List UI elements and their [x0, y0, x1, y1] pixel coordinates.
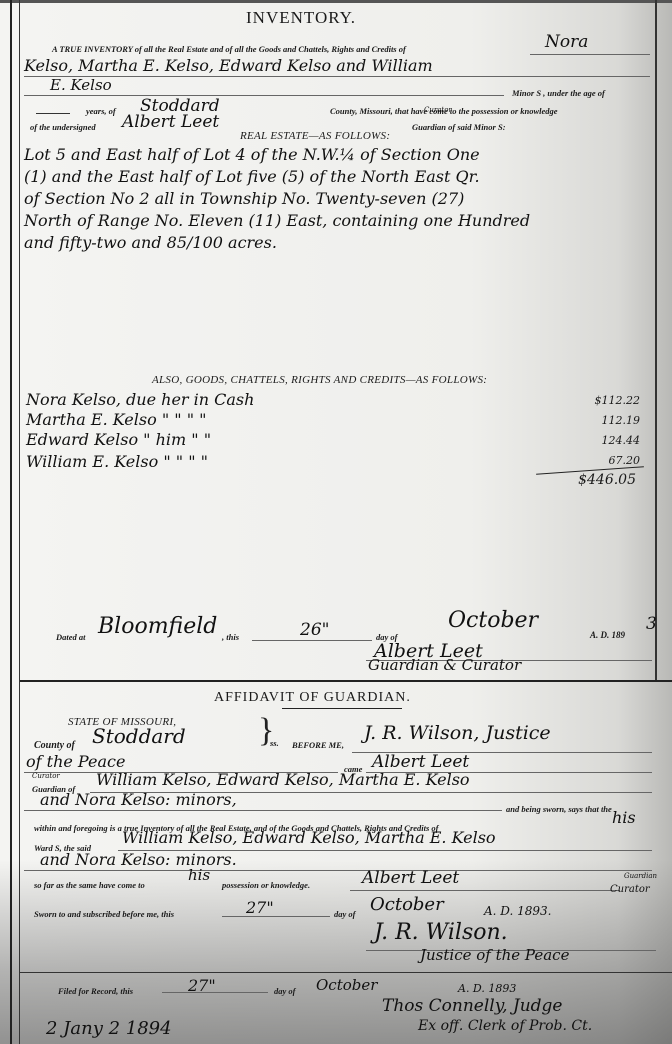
fill-line [24, 95, 504, 96]
inventory-intro: A TRUE INVENTORY of all the Real Estate … [52, 44, 406, 54]
real-estate-line: and fifty-two and 85/100 acres. [24, 233, 277, 252]
so-far-value: his [188, 866, 210, 884]
curator-note: Curator [424, 106, 452, 114]
sworn-label: Sworn to and subscribed before me, this [34, 909, 174, 919]
possession-label: possession or knowledge. [222, 880, 310, 890]
clerk-title: Ex off. Clerk of Prob. Ct. [418, 1018, 592, 1034]
minors-names: Kelso, Martha E. Kelso, Edward Kelso and… [24, 56, 433, 75]
left-border-inner [19, 0, 20, 1044]
affidavit-signature: Albert Leet [362, 868, 459, 888]
real-estate-line: Lot 5 and East half of Lot 4 of the N.W.… [24, 145, 480, 164]
bottom-note: 2 Jany 2 1894 [46, 1018, 172, 1039]
guardian-of-value: William Kelso, Edward Kelso, Martha E. K… [96, 770, 470, 789]
ad-year-digit: 3 [646, 614, 657, 634]
real-estate-line: North of Range No. Eleven (11) East, con… [24, 211, 530, 230]
goods-item-name: William E. Kelso " " " " [26, 452, 208, 471]
goods-item-amount: 67.20 [570, 454, 640, 467]
affidavit-county: Stoddard [92, 724, 186, 748]
right-border [655, 0, 657, 680]
real-estate-line: of Section No 2 all in Township No. Twen… [24, 189, 464, 208]
title-underline [282, 708, 402, 709]
years-label: years, of [86, 106, 116, 116]
real-estate-line: (1) and the East half of Lot five (5) of… [24, 167, 480, 186]
ss-label: ss. [270, 738, 279, 748]
fill-line [530, 54, 650, 55]
minors-line: and Nora Kelso: minors, [40, 790, 237, 809]
goods-heading: ALSO, GOODS, CHATTELS, RIGHTS AND CREDIT… [152, 374, 487, 386]
signature-line [350, 890, 620, 891]
dated-month: October [448, 608, 538, 633]
minor-name-nora: Nora [545, 32, 588, 52]
sworn-day: 27" [246, 898, 274, 917]
goods-item-amount: 112.19 [570, 414, 640, 427]
sworn-month: October [370, 894, 444, 915]
this-label: , this [222, 632, 239, 642]
goods-item-amount: 124.44 [570, 434, 640, 447]
filed-ad: A. D. 1893 [458, 982, 516, 995]
goods-item-name: Nora Kelso, due her in Cash [26, 390, 254, 409]
guardian-name: Albert Leet [122, 112, 219, 132]
clerk-signature: Thos Connelly, Judge [382, 996, 562, 1016]
real-estate-heading: REAL ESTATE—AS FOLLOWS: [240, 130, 390, 142]
justice-title: Justice of the Peace [420, 946, 569, 964]
top-rule [0, 0, 672, 3]
county-label: County of [34, 740, 75, 751]
fill-line [24, 76, 650, 77]
signature-title: Guardian & Curator [368, 656, 521, 674]
undersigned-label: of the undersigned [30, 122, 96, 132]
within-value: his [612, 808, 636, 827]
inventory-title: INVENTORY. [246, 8, 356, 28]
goods-item-amount: $112.22 [570, 394, 640, 407]
fill-line [222, 916, 330, 917]
years-blank [36, 113, 70, 114]
fill-line [24, 810, 502, 811]
fill-line [252, 640, 372, 641]
section-divider [20, 680, 672, 682]
curator-note: Curator [32, 772, 60, 780]
dated-day: 26" [300, 620, 329, 640]
left-border [10, 0, 12, 1044]
goods-total: $446.05 [566, 472, 636, 488]
signature-role-2: Curator [610, 884, 650, 895]
ad-label: A. D. 189 [590, 630, 625, 640]
minors-names-cont: E. Kelso [50, 76, 112, 94]
justice-title-line: of the Peace [26, 752, 125, 771]
filed-label: Filed for Record, this [58, 986, 133, 996]
affidavit-title: AFFIDAVIT OF GUARDIAN. [214, 690, 411, 706]
goods-item-name: Martha E. Kelso " " " " [26, 410, 207, 429]
sworn-day-of-label: day of [334, 909, 355, 919]
filed-month: October [316, 976, 377, 994]
filing-divider [20, 972, 672, 973]
sworn-ad: A. D. 1893. [484, 904, 551, 918]
dated-label: Dated at [56, 632, 86, 642]
signature-role: Guardian [624, 872, 657, 880]
before-me-value: J. R. Wilson, Justice [364, 722, 551, 744]
minors-label: Minor S , under the age of [512, 88, 605, 98]
guardian-label: Guardian of said Minor S: [412, 122, 506, 132]
wards-value: William Kelso, Edward Kelso, Martha E. K… [122, 828, 496, 847]
sworn-says-label: and being sworn, says that the [506, 804, 612, 814]
filed-day-of-label: day of [274, 986, 295, 996]
before-me-label: BEFORE ME, [292, 740, 344, 750]
dated-place: Bloomfield [98, 614, 217, 639]
so-far-label: so far as the same have come to [34, 880, 145, 890]
goods-item-name: Edward Kelso " him " " [26, 430, 211, 449]
filed-day: 27" [188, 976, 216, 995]
fill-line [24, 870, 652, 871]
came-value: Albert Leet [372, 752, 469, 772]
justice-signature: J. R. Wilson. [374, 920, 508, 945]
